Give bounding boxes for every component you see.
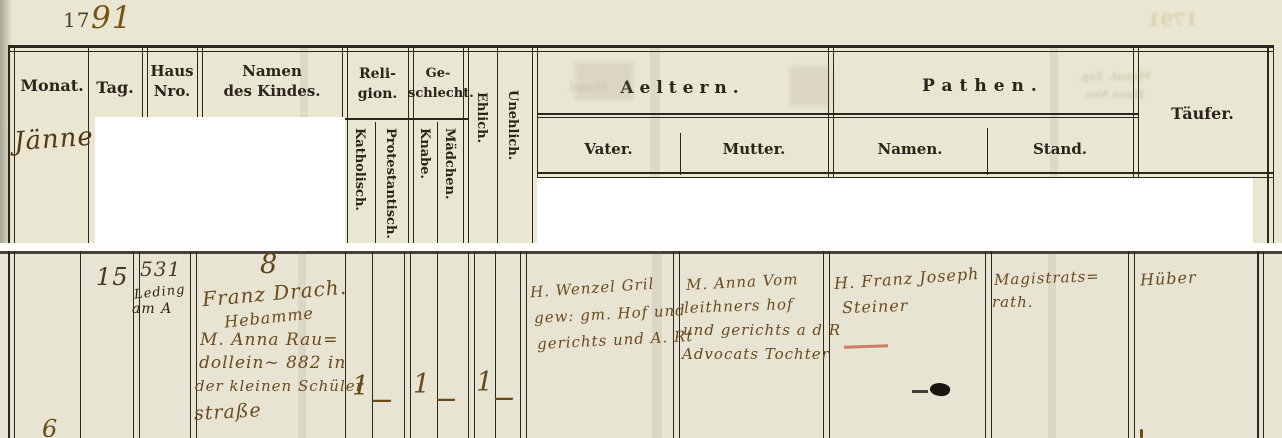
header-strip: 17 91 1791 — [0, 0, 1282, 243]
header-tag: Tag. — [88, 78, 142, 97]
record-kind-line4: dollein~ 882 in — [199, 353, 346, 373]
strip-top-edge — [0, 251, 1282, 254]
header-geschlecht-1: Ge- — [413, 66, 463, 81]
table-left-border — [8, 251, 10, 438]
record-kind-line3: M. Anna Rau= — [200, 330, 338, 350]
record-strip: 15 531 Leding am A 8 Franz Drach. Hebamm… — [0, 251, 1282, 438]
col-line-ehlich-unehlich — [495, 251, 496, 438]
col-line-maedchen-ehlich2 — [474, 251, 475, 438]
cutoff-stroke — [1140, 429, 1143, 438]
record-entry-number: 8 — [260, 251, 278, 280]
table-right-border-inner — [1273, 45, 1274, 243]
header-pathen-namen: Namen. — [833, 140, 987, 158]
header-katholisch: Katholisch. — [352, 128, 367, 211]
record-pathen-namen-line2: Steiner — [842, 296, 909, 317]
record-kind-line5: der kleinen Schüler — [195, 377, 364, 395]
record-vater-line2: gew: gm. Hof und — [534, 301, 687, 327]
table-left-border — [8, 45, 10, 243]
bleedthrough-text: Monat. Tag. — [1078, 70, 1151, 83]
tally-dash-maedchen: — — [436, 386, 457, 410]
record-mutter-line3: und gerichts a d R — [683, 321, 841, 339]
record-kind-line6: straße — [193, 399, 262, 425]
col-line-geschlecht-ehlich — [463, 45, 464, 243]
record-vater-line3: gerichts und A. Rt — [537, 327, 694, 353]
month-entry: Jänner — [13, 121, 108, 157]
bleedthrough-text: Haus Nro. — [1082, 88, 1144, 101]
header-haus-1: Haus — [147, 62, 197, 80]
header-unehlich: Unehlich. — [505, 90, 520, 160]
col-line-unehlich-vater2 — [526, 251, 527, 438]
col-line-aeltern-pathen — [828, 45, 829, 178]
col-line-unehlich-vater — [520, 251, 521, 438]
col-line-stand-taeufer — [1128, 251, 1129, 438]
record-haus-nro: 531 — [140, 257, 181, 281]
record-kind-line1: Franz Drach. — [201, 275, 348, 312]
header-kind-2: des Kindes. — [202, 82, 342, 100]
record-pathen-stand-line2: rath. — [992, 293, 1034, 311]
ink-blot — [929, 381, 951, 398]
table-right-border — [1267, 45, 1269, 243]
record-tag: 15 — [96, 263, 129, 291]
col-line-namen-stand2 — [991, 251, 992, 438]
header-haus-2: Nro. — [147, 82, 197, 100]
bleedthrough-smudge — [790, 66, 830, 106]
year-note-91: 91 — [91, 0, 132, 36]
year-bleedthrough: 1791 — [1148, 10, 1198, 31]
table-right-border-inner — [1263, 251, 1264, 438]
subheader-line-aeltern-pathen2 — [537, 117, 1138, 118]
col-line-unehlich-aeltern — [532, 45, 533, 243]
header-vater: Vater. — [537, 140, 680, 158]
col-line-ehlich-unehlich — [497, 45, 498, 243]
tally-katholisch: 1 — [352, 371, 370, 402]
record-taeufer: Hüber — [1140, 268, 1198, 290]
tally-ehlich: 1 — [476, 367, 494, 398]
col-line-aeltern-pathen2 — [833, 45, 834, 178]
scan-left-edge — [0, 0, 12, 243]
tally-dash-unehlich: — — [494, 385, 515, 409]
subheader-bottom-line — [537, 172, 1273, 174]
bleedthrough-smudge — [575, 62, 633, 100]
header-protestantisch: Protestantisch. — [383, 128, 398, 239]
record-mutter-line4: Advocats Tochter — [682, 345, 830, 363]
record-haus-note-2: am A — [132, 301, 172, 317]
header-ehlich: Ehlich. — [474, 92, 489, 143]
col-line-pathen-taeufer — [1133, 45, 1134, 178]
record-vater-line1: H. Wenzel Gril — [530, 275, 655, 302]
red-underline-mark — [844, 344, 888, 349]
tally-knabe: 1 — [413, 369, 431, 400]
col-line-monat-tag — [80, 251, 81, 438]
subheader-line-religion — [342, 118, 468, 120]
record-pathen-stand-line1: Magistrats= — [994, 267, 1100, 289]
col-line-prot-knabe2 — [410, 251, 411, 438]
table-right-border — [1257, 251, 1259, 438]
header-taeufer: Täufer. — [1138, 104, 1267, 123]
col-line-maedchen-ehlich — [468, 251, 469, 438]
record-mutter-line1: M. Anna Vom — [686, 270, 799, 294]
header-monat: Monat. — [16, 76, 88, 95]
header-kind-1: Namen — [202, 62, 342, 80]
col-line-knabe-maedchen — [437, 122, 438, 243]
col-line-tag-haus — [133, 251, 134, 438]
header-pathen-stand: Stand. — [987, 140, 1133, 158]
col-line-namen-stand — [985, 251, 986, 438]
redaction-block-right — [537, 178, 1253, 243]
col-line-haus-kind — [190, 251, 191, 438]
ink-blot-tail — [912, 390, 928, 393]
record-mutter-line2: leithners hof — [684, 295, 794, 317]
col-line-religion-geschlecht — [408, 45, 409, 243]
register-scan: 17 91 1791 — [0, 0, 1282, 438]
col-line-geschlecht-ehlich2 — [468, 45, 469, 243]
redaction-block-left — [95, 117, 345, 243]
table-left-border-inner — [14, 251, 15, 438]
header-mutter: Mutter. — [680, 140, 828, 158]
tally-dash-protestantisch: — — [372, 387, 393, 411]
header-religion-1: Reli- — [347, 66, 408, 82]
col-line-kath-prot — [375, 122, 376, 243]
col-line-stand-taeufer2 — [1134, 251, 1135, 438]
subheader-line-aeltern-pathen — [537, 113, 1138, 115]
record-pathen-namen-line1: H. Franz Joseph — [834, 264, 980, 293]
header-knabe: Knabe. — [417, 128, 432, 179]
header-maedchen: Mädchen. — [442, 128, 457, 200]
header-geschlecht-2: schlecht. — [408, 86, 468, 101]
header-religion-2: gion. — [347, 86, 408, 102]
year-note-17: 17 — [63, 8, 90, 32]
next-entry-mark: 6 — [42, 415, 58, 438]
col-line-prot-knabe — [404, 251, 405, 438]
record-haus-note-1: Leding — [133, 282, 186, 302]
